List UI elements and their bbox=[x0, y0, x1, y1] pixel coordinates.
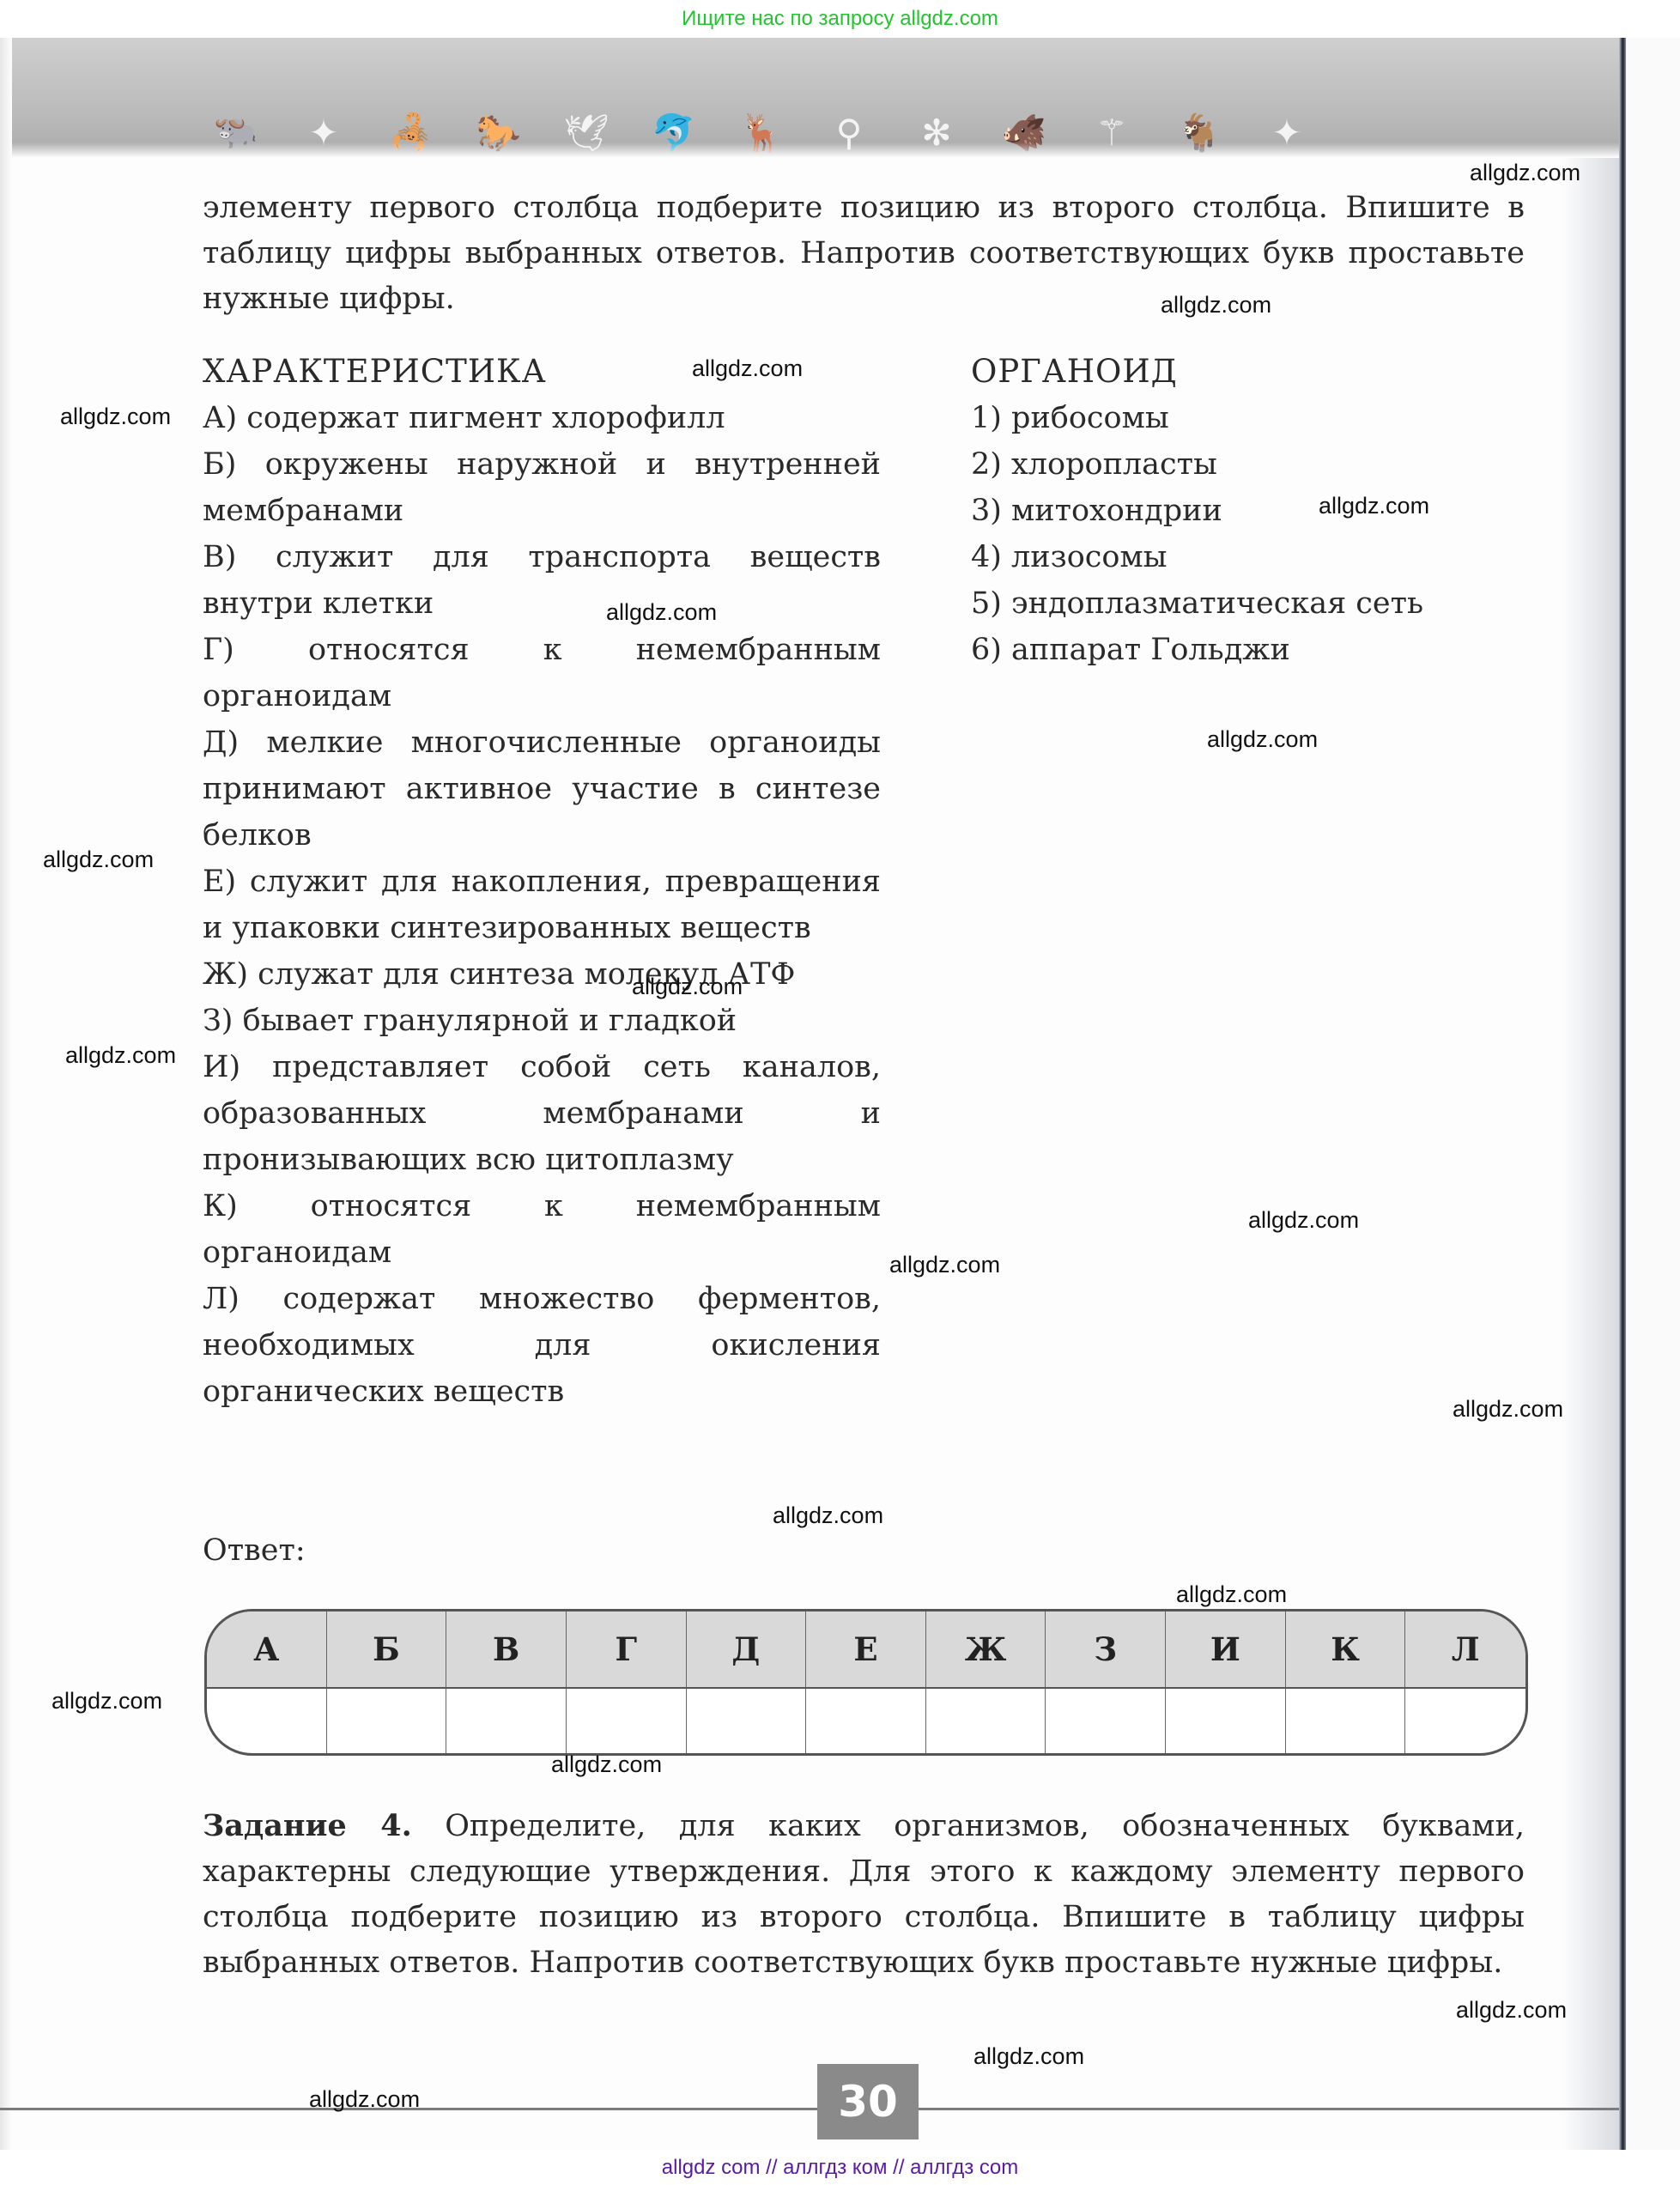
task-4: Задание 4. Определите, для каких организ… bbox=[203, 1803, 1525, 1986]
characteristic-item: И) представляет собой сеть каналов, обра… bbox=[203, 1044, 881, 1183]
answer-letter: А bbox=[207, 1611, 327, 1689]
answer-cell[interactable] bbox=[567, 1689, 687, 1753]
answer-letter: Б bbox=[327, 1611, 447, 1689]
task-4-title: Задание 4. bbox=[203, 1808, 412, 1843]
characteristic-item: Б) окружены наружной и внутренней мембра… bbox=[203, 441, 881, 534]
answer-cell[interactable] bbox=[207, 1689, 327, 1753]
bird-icon: 🕊 bbox=[560, 112, 613, 155]
answer-letter: В bbox=[446, 1611, 567, 1689]
answer-letter: Л bbox=[1405, 1611, 1525, 1689]
organelle-item: 5) эндоплазматическая сеть bbox=[971, 580, 1572, 627]
characteristic-item: Е) служит для накопления, превращения и … bbox=[203, 859, 881, 951]
goat-icon: 🐐 bbox=[1173, 112, 1226, 155]
horse-icon: 🐎 bbox=[472, 112, 525, 155]
watermark: allgdz.com bbox=[1319, 493, 1429, 519]
organelle-item: 2) хлоропласты bbox=[971, 441, 1572, 488]
task-instruction-continued: элементу первого столбца подберите позиц… bbox=[203, 185, 1525, 322]
watermark: allgdz.com bbox=[551, 1751, 662, 1778]
answer-letter: Е bbox=[806, 1611, 926, 1689]
decorative-header-band: 🐃 ✦ 🦂 🐎 🕊 🐬 🦌 ⚲ ✻ 🐗 ⚚ 🐐 ✦ bbox=[12, 38, 1619, 158]
animal-silhouettes: 🐃 ✦ 🦂 🐎 🕊 🐬 🦌 ⚲ ✻ 🐗 ⚚ 🐐 ✦ bbox=[209, 112, 1313, 155]
answer-letter: Г bbox=[567, 1611, 687, 1689]
watermark: allgdz.com bbox=[1176, 1581, 1287, 1608]
watermark: allgdz.com bbox=[43, 847, 154, 873]
page-left-edge bbox=[0, 38, 12, 2150]
answer-cell[interactable] bbox=[1405, 1689, 1525, 1753]
watermark: allgdz.com bbox=[692, 355, 803, 382]
organelle-item: 1) рибосомы bbox=[971, 395, 1572, 441]
watermark: allgdz.com bbox=[309, 2086, 420, 2113]
watermark: allgdz.com bbox=[1248, 1207, 1359, 1234]
bison-icon: 🐃 bbox=[209, 112, 263, 155]
characteristics-column: ХАРАКТЕРИСТИКА А) содержат пигмент хлоро… bbox=[203, 349, 881, 1415]
answer-cell[interactable] bbox=[1286, 1689, 1406, 1753]
characteristic-item: Д) мелкие многочисленные органоиды прини… bbox=[203, 719, 881, 859]
deer-icon: 🦌 bbox=[735, 112, 788, 155]
footer-rule bbox=[0, 2108, 1619, 2110]
characteristic-item: К) относятся к немембранным органоидам bbox=[203, 1183, 881, 1276]
characteristic-item: А) содержат пигмент хлорофилл bbox=[203, 395, 881, 441]
organelle-item: 4) лизосомы bbox=[971, 534, 1572, 580]
answer-table: А Б В Г Д Е Ж З И К Л bbox=[204, 1609, 1528, 1756]
answer-cell[interactable] bbox=[926, 1689, 1046, 1753]
watermark: allgdz.com bbox=[773, 1502, 883, 1529]
answer-letter: Д bbox=[687, 1611, 807, 1689]
answer-cell[interactable] bbox=[806, 1689, 926, 1753]
watermark: allgdz.com bbox=[60, 404, 171, 430]
watermark: allgdz.com bbox=[1470, 160, 1580, 186]
organelle-item: 6) аппарат Гольджи bbox=[971, 627, 1572, 673]
watermark: allgdz.com bbox=[889, 1252, 1000, 1278]
butterfly-icon: ✦ bbox=[297, 112, 350, 155]
top-banner[interactable]: Ищите нас по запросу allgdz.com bbox=[0, 0, 1680, 38]
characteristic-item: Г) относятся к немембранным органоидам bbox=[203, 627, 881, 719]
answer-label: Ответ: bbox=[203, 1533, 306, 1568]
watermark: allgdz.com bbox=[973, 2043, 1084, 2070]
watermark: allgdz.com bbox=[52, 1688, 162, 1715]
answer-letter: И bbox=[1166, 1611, 1286, 1689]
characteristic-item: Ж) служат для синтеза молекул АТФ bbox=[203, 951, 881, 998]
answer-letter: К bbox=[1286, 1611, 1406, 1689]
next-page-edge bbox=[1626, 38, 1680, 2150]
answer-cell[interactable] bbox=[1046, 1689, 1166, 1753]
answer-cell[interactable] bbox=[446, 1689, 567, 1753]
answer-letter: Ж bbox=[926, 1611, 1046, 1689]
page-number: 30 bbox=[817, 2064, 919, 2139]
characteristic-item: З) бывает гранулярной и гладкой bbox=[203, 998, 881, 1044]
characteristic-item: В) служит для транспорта веществ внутри … bbox=[203, 534, 881, 627]
stork-icon: ⚚ bbox=[1085, 112, 1138, 155]
organelle-item: 3) митохондрии bbox=[971, 488, 1572, 534]
watermark: allgdz.com bbox=[1456, 1997, 1567, 2024]
answer-cell[interactable] bbox=[327, 1689, 447, 1753]
heron-icon: ⚲ bbox=[822, 112, 876, 155]
watermark: allgdz.com bbox=[1207, 726, 1318, 753]
book-spine bbox=[1619, 38, 1626, 2150]
organelle-column: ОРГАНОИД 1) рибосомы 2) хлоропласты 3) м… bbox=[971, 349, 1572, 673]
watermark: allgdz.com bbox=[65, 1042, 176, 1069]
insect-icon: ✻ bbox=[910, 112, 963, 155]
answer-cell[interactable] bbox=[1166, 1689, 1286, 1753]
answer-cell[interactable] bbox=[687, 1689, 807, 1753]
butterfly-icon: ✦ bbox=[1260, 112, 1313, 155]
characteristic-item: Л) содержат множество ферментов, необход… bbox=[203, 1276, 881, 1415]
boar-icon: 🐗 bbox=[998, 112, 1051, 155]
watermark: allgdz.com bbox=[1161, 292, 1271, 319]
bottom-banner[interactable]: allgdz com // аллгдз ком // аллгдз com bbox=[0, 2151, 1680, 2185]
watermark: allgdz.com bbox=[1453, 1396, 1563, 1423]
watermark: allgdz.com bbox=[606, 599, 717, 626]
scorpion-icon: 🦂 bbox=[385, 112, 438, 155]
watermark: allgdz.com bbox=[632, 974, 743, 1000]
dolphin-icon: 🐬 bbox=[647, 112, 701, 155]
column-header-organelle: ОРГАНОИД bbox=[971, 349, 1572, 395]
answer-letter: З bbox=[1046, 1611, 1166, 1689]
